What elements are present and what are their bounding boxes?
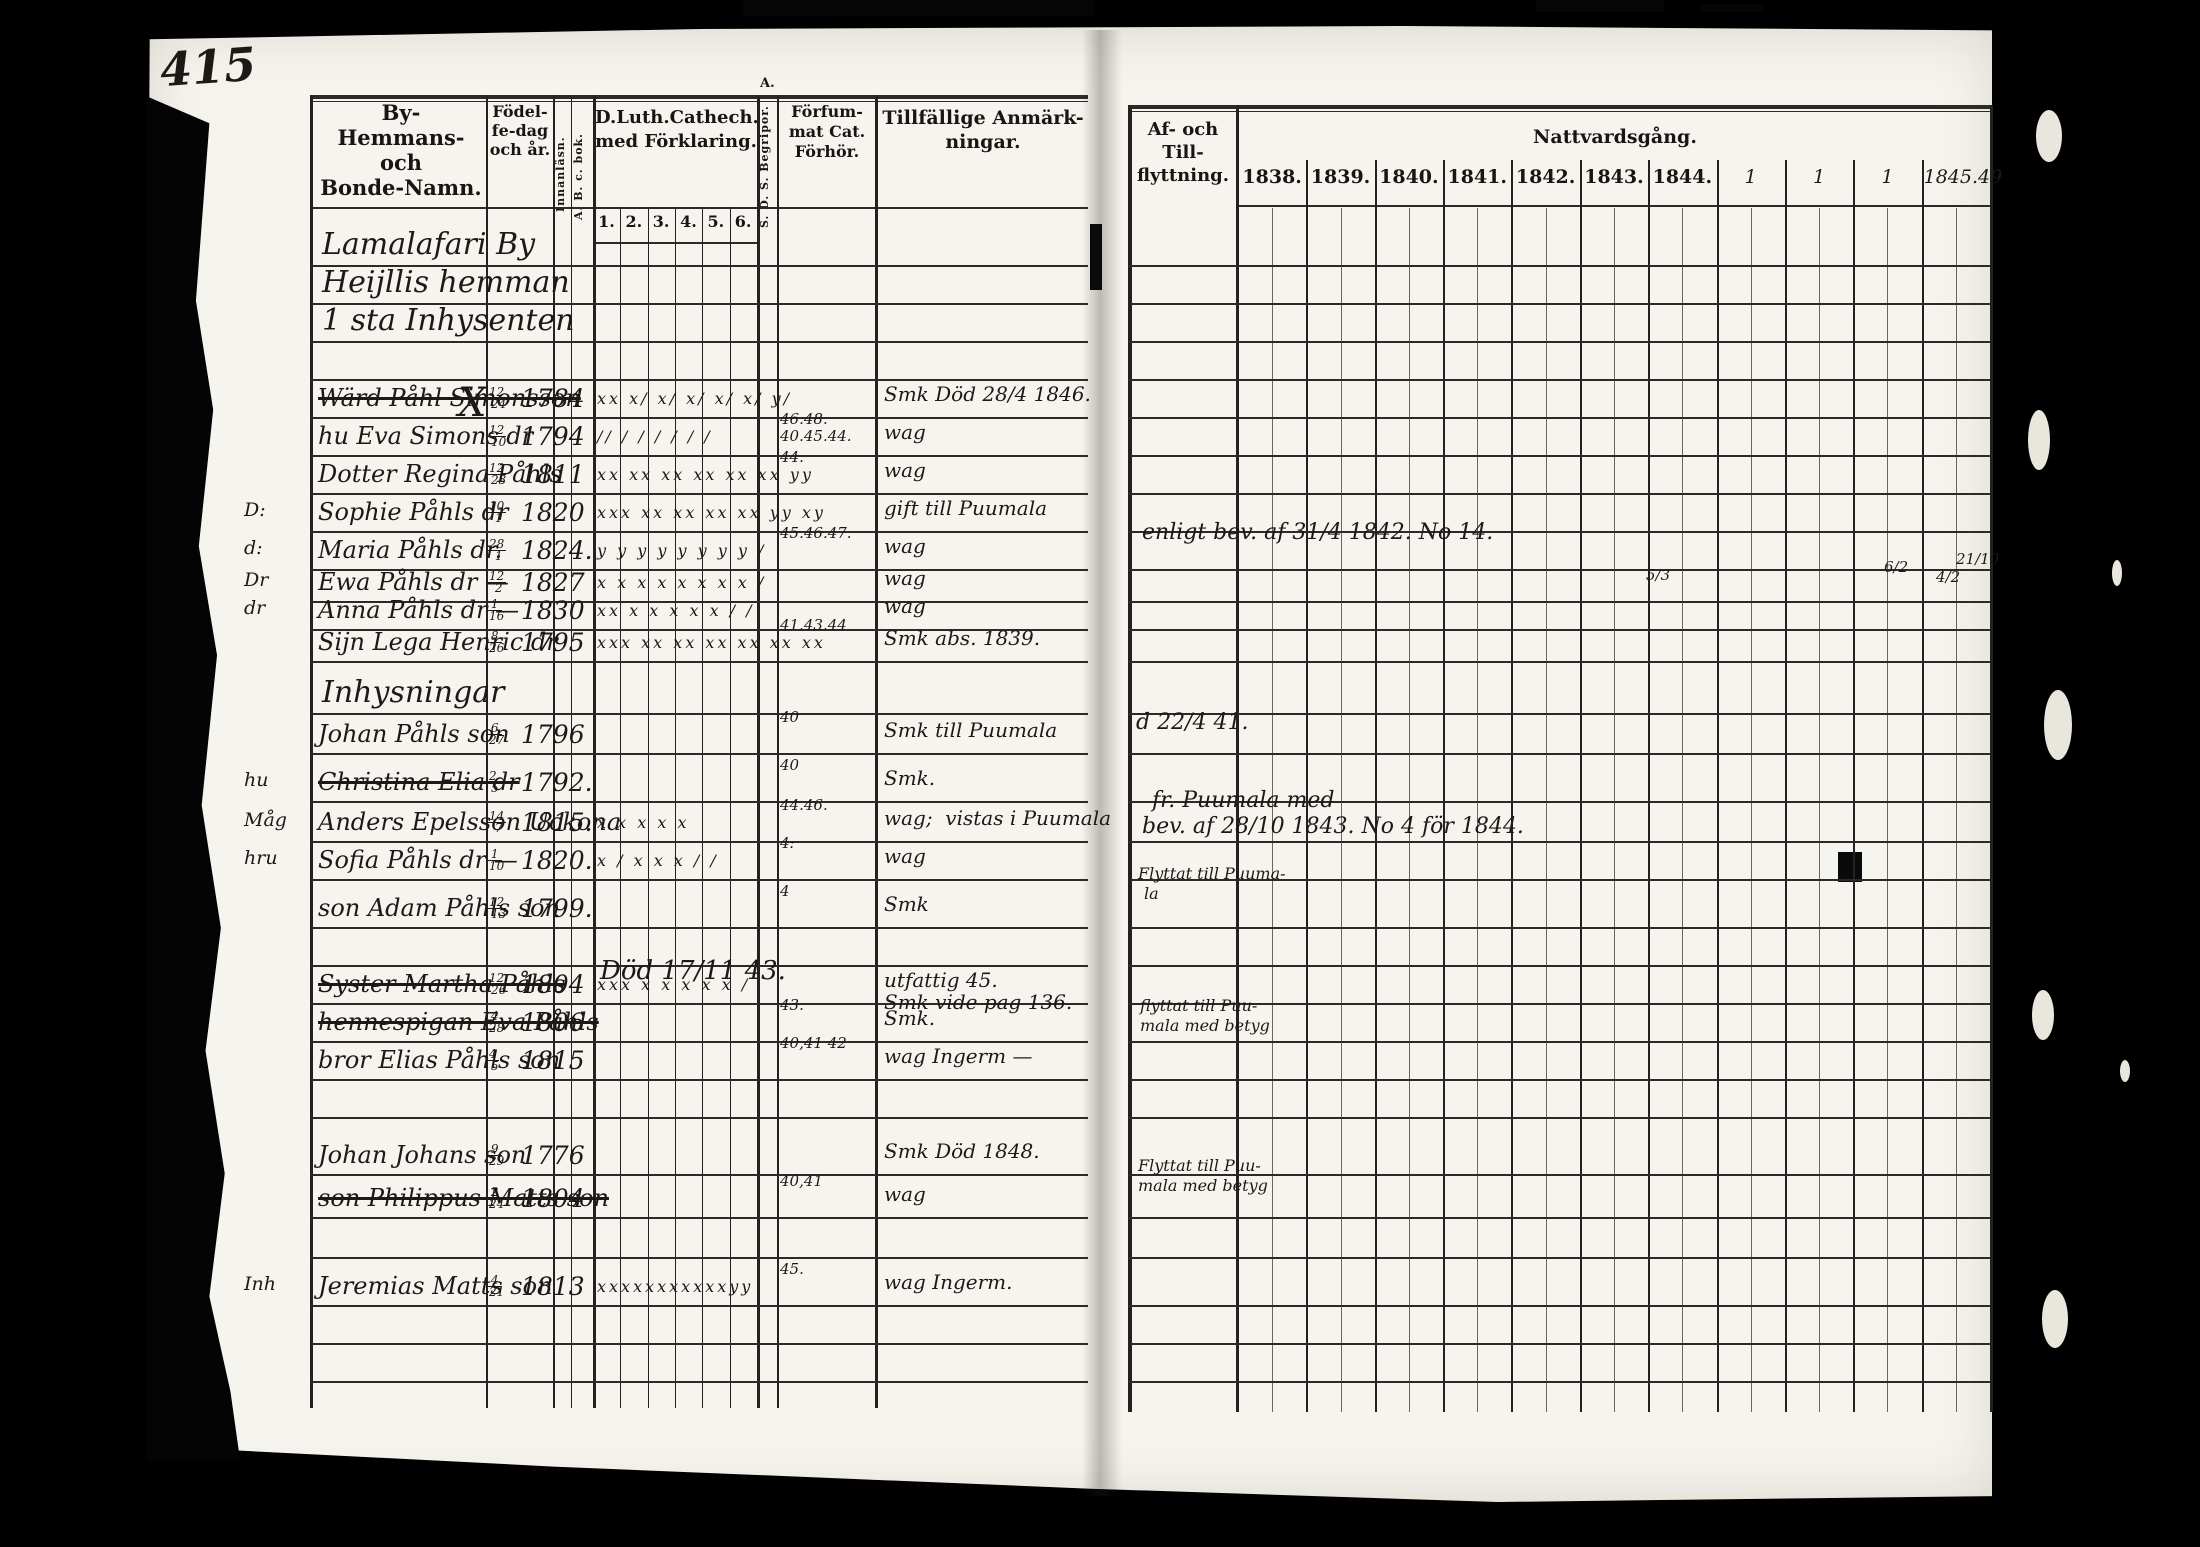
row-birth-date: 45 xyxy=(489,1049,501,1072)
rule-line xyxy=(310,1041,1088,1043)
row-remark: Smk till Puumala xyxy=(884,719,1094,741)
column-line xyxy=(1443,160,1445,1412)
row-birth-year: 1827 xyxy=(521,568,591,597)
nattvardsgang-year-label: 1 xyxy=(1787,166,1851,188)
row-birth-date: 1223 xyxy=(489,463,508,486)
row-remark: wag; vistas i Puumala xyxy=(884,807,1094,829)
row-birth-date: 281 xyxy=(489,539,508,562)
rule-line xyxy=(310,1381,1088,1383)
row-margin-label: D: xyxy=(244,499,310,521)
column-line xyxy=(1236,105,1239,1412)
header-innanlasn-column: Innanläsn. xyxy=(554,102,567,212)
page-number: 415 xyxy=(158,37,258,98)
row-birth-date: 826 xyxy=(489,631,504,654)
scan-smudge-top2 xyxy=(1536,0,1664,12)
row-cathech-marks: xx xx xx xx xx xx yy xyxy=(597,465,767,484)
header-name-column: By- Hemmans-och Bonde-Namn. xyxy=(318,100,484,200)
row-person-name: Jeremias Matts son xyxy=(318,1272,494,1300)
nattvardsgang-year-label: 1840. xyxy=(1377,166,1441,188)
nattvardsgang-year-label: 1839. xyxy=(1308,166,1372,188)
row-birth-year: 1804 xyxy=(521,1184,591,1213)
scan-smudge-top3 xyxy=(1700,4,1764,12)
rule-line xyxy=(310,879,1088,881)
row-birth-year: 1824. xyxy=(521,536,591,565)
rule-line xyxy=(310,417,1088,419)
column-line xyxy=(1375,160,1377,1412)
row-cathech-marks: // / / / / / / xyxy=(597,427,767,446)
rule-line xyxy=(310,1217,1088,1219)
column-line xyxy=(1956,208,1957,1412)
rule-line xyxy=(1128,713,1990,715)
row-birth-date: 1210 xyxy=(489,425,508,448)
nattvardsgang-year-label: 1 xyxy=(1719,166,1783,188)
rule-line xyxy=(1128,493,1990,495)
row-remark: wag xyxy=(884,1183,1094,1205)
row-forsummat-years: 40 xyxy=(780,709,874,726)
row-forsummat-years: 40,41 42 xyxy=(780,1035,874,1052)
right-page-note: bev. af 28/10 1843. No 4 för 1844. xyxy=(1142,814,1524,839)
header-cathech-column: D.Luth.Cathech. med Förklaring. xyxy=(595,106,757,154)
row-person-name: son Philippus Matts son xyxy=(318,1184,494,1212)
row-birth-year: 1813 xyxy=(521,1272,591,1301)
row-person-name: Sofia Påhls dr — xyxy=(318,846,494,874)
row-birth-year: 1776 xyxy=(521,1141,591,1170)
row-birth-year: 1799. xyxy=(521,894,591,923)
row-cathech-marks: y y y y y y y y / xyxy=(597,541,767,560)
column-line xyxy=(1922,160,1924,1412)
row-birth-date: 116 xyxy=(489,599,504,622)
scanned-register-image: { "page_number": "415", "left_table": { … xyxy=(0,0,2200,1547)
row-cathech-marks: x x x x x x x x / xyxy=(597,573,767,592)
nattvardsgang-year-label: 1841. xyxy=(1445,166,1509,188)
column-line xyxy=(1717,160,1719,1412)
right-page-note: Flyttat till Puuma- xyxy=(1138,864,1286,883)
row-remark: Smk Död 28/4 1846. xyxy=(884,383,1094,405)
rule-line xyxy=(310,455,1088,457)
nattvardsgang-year-label: 1844. xyxy=(1650,166,1714,188)
column-line xyxy=(1306,160,1308,1412)
row-remark: Smk. xyxy=(884,767,1094,789)
column-line xyxy=(730,207,731,1408)
row-forsummat-years: 40 xyxy=(780,757,874,774)
rule-line xyxy=(1128,1305,1990,1307)
row-cathech-marks: x / x x x / / xyxy=(597,851,767,870)
row-person-name: Dotter Regina Påhls xyxy=(318,460,494,488)
row-forsummat-years: 4: xyxy=(780,835,874,852)
rule-line xyxy=(310,1174,1088,1176)
row-margin-label: Måg xyxy=(244,809,310,831)
column-line xyxy=(1682,208,1683,1412)
nattvardsgang-year-label: 1843. xyxy=(1582,166,1646,188)
row-person-name: Anders Epelsson Uckona xyxy=(318,808,494,836)
rule-line xyxy=(1128,417,1990,419)
row-birth-year: 1794 xyxy=(521,422,591,451)
row-forsummat-years: 45. xyxy=(780,1261,874,1278)
row-cathech-marks: xx x x x x x / / xyxy=(597,601,767,620)
rule-line xyxy=(310,95,1088,99)
right-page-note: 5/3 xyxy=(1646,566,1670,584)
rule-line xyxy=(1128,661,1990,663)
row-birth-year: 1792. xyxy=(521,768,591,797)
row-birth-year: 1795 xyxy=(521,628,591,657)
row-cathech-marks: xxxxxxxxxxxyy xyxy=(597,1277,767,1296)
row-cathech-marks: xxx xx xx xx xx yy xy xyxy=(597,503,767,522)
row-remark: Smk xyxy=(884,893,1094,915)
rule-line xyxy=(1128,105,1990,109)
row-person-name: Ewa Påhls dr — xyxy=(318,568,494,596)
rule-line xyxy=(310,207,1088,209)
nattvardsgang-year-label: 1 xyxy=(1855,166,1919,188)
row-person-name: Christina Elia dr xyxy=(318,768,494,796)
right-page-note: d 22/4 41. xyxy=(1136,710,1248,735)
column-line xyxy=(1511,160,1513,1412)
rule-line xyxy=(1128,1117,1990,1119)
rule-line xyxy=(310,841,1088,843)
rule-line xyxy=(1128,965,1990,967)
rule-line xyxy=(1128,341,1990,343)
row-birth-year: 1806 xyxy=(521,1008,591,1037)
rule-line xyxy=(1128,1257,1990,1259)
column-line xyxy=(1580,160,1582,1412)
left-page-note: X xyxy=(458,380,486,426)
row-birth-date: 1224 xyxy=(489,387,508,410)
column-line xyxy=(675,207,676,1408)
column-line xyxy=(1341,208,1342,1412)
row-person-name: Maria Påhls dr. xyxy=(318,536,494,564)
row-cathech-marks: xx x/ x/ x/ x/ x/ y/ xyxy=(597,389,767,408)
row-forsummat-years: 44. xyxy=(780,449,874,466)
rule-line xyxy=(1128,629,1990,631)
row-person-name: son Adam Påhls son xyxy=(318,894,494,922)
right-page-note: mala med betyg xyxy=(1138,1176,1268,1195)
rule-line xyxy=(1128,927,1990,929)
fold-blot xyxy=(1090,224,1102,290)
column-line xyxy=(1546,208,1547,1412)
row-birth-year: 1830 xyxy=(521,596,591,625)
section-heading: Inhysningar xyxy=(322,675,942,710)
nattvardsgang-year-label: 1845.49 xyxy=(1924,166,1988,188)
rule-line xyxy=(1128,1381,1990,1383)
rule-line xyxy=(1128,569,1990,571)
column-line xyxy=(648,207,649,1408)
column-line xyxy=(1128,105,1132,1412)
row-remark: wag xyxy=(884,535,1094,557)
right-page-note: fr. Puumala med xyxy=(1152,788,1334,813)
section-heading: Lamalafari By xyxy=(322,227,942,262)
row-birth-date: 224 xyxy=(489,1187,504,1210)
rule-line xyxy=(1128,753,1990,755)
row-birth-date: 101 xyxy=(489,501,508,524)
row-birth-date: 421 xyxy=(489,1275,504,1298)
rule-line xyxy=(1128,601,1990,603)
row-birth-year: 1804 xyxy=(521,970,591,999)
column-line xyxy=(1477,208,1478,1412)
row-birth-year: 1815 xyxy=(521,1046,591,1075)
column-line xyxy=(1990,105,1993,1412)
column-line xyxy=(1785,160,1787,1412)
rule-line xyxy=(310,1257,1088,1259)
rule-line xyxy=(1128,1343,1990,1345)
column-line xyxy=(702,207,703,1408)
row-person-name: Johan Påhls son xyxy=(318,720,494,748)
row-person-name: bror Elias Påhls son xyxy=(318,1046,494,1074)
rule-line xyxy=(310,531,1088,533)
row-remark: wag xyxy=(884,595,1094,617)
row-forsummat-years: 45.46.47. xyxy=(780,525,874,542)
rule-line xyxy=(310,101,1088,102)
rule-line xyxy=(1128,1003,1990,1005)
rule-line xyxy=(1128,1041,1990,1043)
row-forsummat-years: 41.43.44 xyxy=(780,617,874,634)
right-page-note: 21/10 xyxy=(1956,550,1999,568)
row-margin-label: hu xyxy=(244,769,310,791)
header-nattvardsgang: Nattvardsgång. xyxy=(1240,126,1990,148)
right-page-note: 4/2 xyxy=(1936,568,1960,586)
row-remark: wag xyxy=(884,567,1094,589)
nattvardsgang-year-label: 1842. xyxy=(1513,166,1577,188)
row-forsummat-years: 46.48. 40.45.44. xyxy=(780,411,874,445)
column-line xyxy=(1614,208,1615,1412)
scan-smudge-top xyxy=(742,0,1094,16)
row-remark: wag xyxy=(884,845,1094,867)
right-page-note: mala med betyg xyxy=(1140,1016,1270,1035)
row-birth-year: 1784 xyxy=(521,384,591,413)
rule-line xyxy=(310,1305,1088,1307)
row-birth-date: 147 xyxy=(489,811,508,834)
row-birth-year: 1820 xyxy=(521,498,591,527)
column-line xyxy=(1887,208,1888,1412)
rule-line xyxy=(310,713,1088,715)
header-abc-bok-column: A. B. c. bok. xyxy=(572,100,585,220)
rule-line xyxy=(1128,379,1990,381)
right-page-note: la xyxy=(1144,884,1159,903)
row-person-name: Syster Martha Påhls xyxy=(318,970,494,998)
row-forsummat-years: 43. xyxy=(780,997,874,1014)
row-person-name: Sijn Lega Henric dr xyxy=(318,628,494,656)
rule-line xyxy=(1128,455,1990,457)
rule-line xyxy=(310,1079,1088,1081)
rule-line xyxy=(310,801,1088,803)
right-page-note: flyttat till Puu- xyxy=(1140,996,1257,1015)
header-anmarkningar-column: Tillfällige Anmärk- ningar. xyxy=(880,106,1086,154)
rule-line xyxy=(1128,841,1990,843)
scan-artifact-right-edge xyxy=(1992,0,2200,1547)
row-birth-year: 1796 xyxy=(521,720,591,749)
row-person-name: hennespigan Eva Påhls xyxy=(318,1008,494,1036)
ink-blot xyxy=(1838,852,1862,882)
row-margin-label: d: xyxy=(244,537,310,559)
row-forsummat-years: 4 xyxy=(780,883,874,900)
left-page-note: Död 17/11 43. xyxy=(600,956,786,986)
row-remark: wag xyxy=(884,459,1094,481)
column-line xyxy=(1409,208,1410,1412)
row-birth-date: 122 xyxy=(489,571,508,594)
rule-line xyxy=(1236,205,1990,207)
row-margin-label: Dr xyxy=(244,569,310,591)
column-line xyxy=(1853,160,1855,1412)
row-birth-year: 1811 xyxy=(521,460,591,489)
header-afflyttning-column: Af- och Till- flyttning. xyxy=(1130,118,1236,187)
rule-line xyxy=(310,379,1088,381)
rule-line xyxy=(1128,111,1990,112)
row-margin-label: dr xyxy=(244,597,310,619)
rule-line xyxy=(310,1117,1088,1119)
row-remark: gift till Puumala xyxy=(884,497,1094,519)
section-heading: Heijllis hemman xyxy=(322,265,942,300)
row-remark: Smk abs. 1839. xyxy=(884,627,1094,649)
left-page-note: A. xyxy=(760,76,775,91)
column-line xyxy=(1819,208,1820,1412)
row-cathech-marks: xxx xx xx xx xx xx xx xyxy=(597,633,767,652)
row-birth-year: 1820. xyxy=(521,846,591,875)
row-birth-date: 1226 xyxy=(489,973,508,996)
row-birth-date: 627 xyxy=(489,723,504,746)
right-page-note: enligt bev. af 31/4 1842. No 14. xyxy=(1142,520,1493,545)
rule-line xyxy=(1128,1079,1990,1081)
scanned-page: 415 By- Hemmans-och Bonde-Namn. Födel- f… xyxy=(0,0,2200,1547)
row-person-name: Anna Påhls dr — xyxy=(318,596,494,624)
row-birth-date: 428 xyxy=(489,1011,504,1034)
column-line xyxy=(310,95,313,1408)
row-margin-label: hru xyxy=(244,847,310,869)
row-remark: Smk Död 1848. xyxy=(884,1140,1094,1162)
rule-line xyxy=(310,753,1088,755)
header-birth-column: Födel- fe-dag och år. xyxy=(488,102,552,159)
row-birth-date: 929 xyxy=(489,1144,504,1167)
rule-line xyxy=(310,661,1088,663)
nattvardsgang-year-label: 1838. xyxy=(1240,166,1304,188)
rule-line xyxy=(310,1343,1088,1345)
row-person-name: hu Eva Simons dr xyxy=(318,422,494,450)
section-heading: 1 sta Inhysenten xyxy=(322,303,942,338)
rule-line xyxy=(1128,303,1990,305)
row-remark: wag xyxy=(884,421,1094,443)
rule-line xyxy=(310,341,1088,343)
row-forsummat-years: 40,41 xyxy=(780,1173,874,1190)
rule-line xyxy=(1128,1217,1990,1219)
row-remark: Smk. xyxy=(884,1007,1094,1029)
rule-line xyxy=(310,493,1088,495)
row-birth-date: 25 xyxy=(489,771,501,794)
row-person-name: Johan Johans son xyxy=(318,1141,494,1169)
right-page-note: 6/2 xyxy=(1884,558,1908,576)
rule-line xyxy=(1128,265,1990,267)
row-birth-date: 1213 xyxy=(489,897,508,920)
row-person-name: Sophie Påhls dr xyxy=(318,498,494,526)
row-margin-label: Inh xyxy=(244,1273,310,1295)
right-page-note: Flyttat till Puu- xyxy=(1138,1156,1261,1175)
row-forsummat-years: 44.46. xyxy=(780,797,874,814)
column-line xyxy=(1751,208,1752,1412)
row-birth-year: 1815. xyxy=(521,808,591,837)
row-birth-date: 110 xyxy=(489,849,504,872)
header-forsummat-column: Förfum- mat Cat. Förhör. xyxy=(779,102,875,162)
row-remark: wag Ingerm. xyxy=(884,1271,1094,1293)
row-cathech-marks: x x x x x xyxy=(597,813,767,832)
column-line xyxy=(1648,160,1650,1412)
row-remark: wag Ingerm — xyxy=(884,1045,1094,1067)
rule-line xyxy=(310,927,1088,929)
